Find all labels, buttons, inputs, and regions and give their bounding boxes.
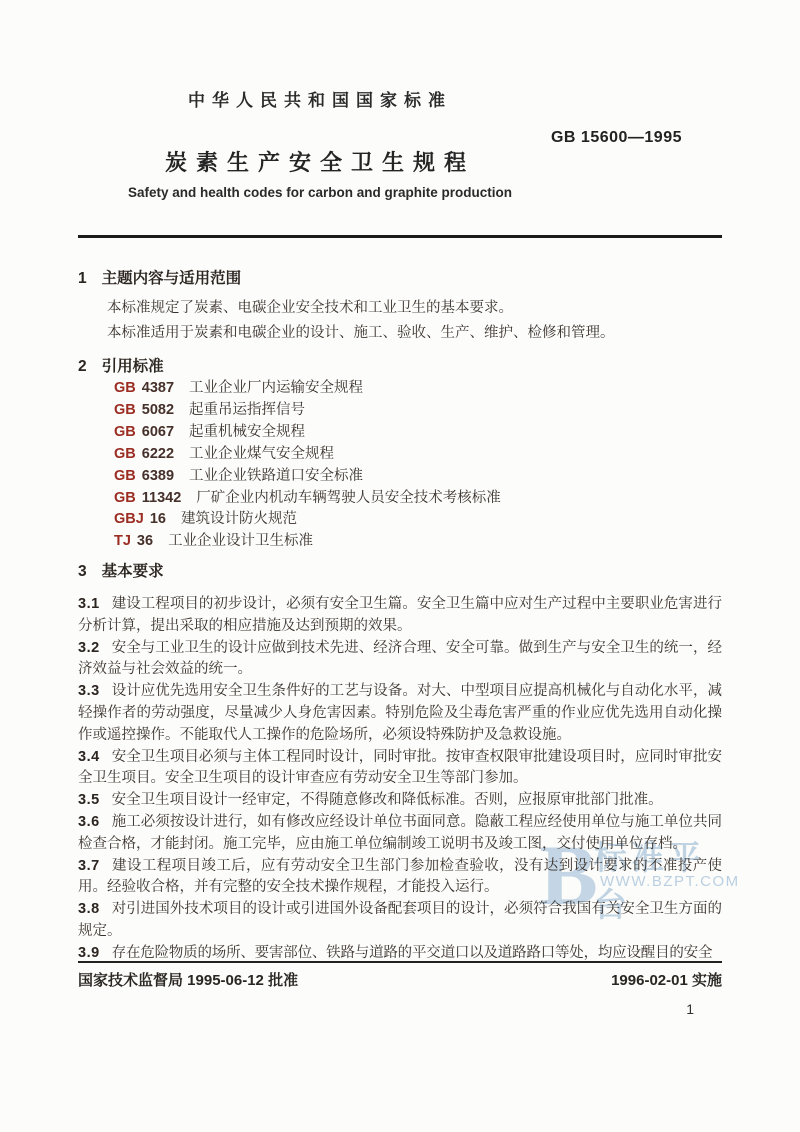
page-number: 1 [686,1001,694,1017]
section-2-title: 引用标准 [102,358,164,375]
clause-number: 3.9 [78,945,100,961]
reference-code: GBJ [114,511,144,527]
reference-row: GB6067起重机械安全规程 [114,422,501,444]
approval-statement: 国家技术监督局 1995-06-12 批准 [78,969,298,990]
reference-row: GB6389工业企业铁路道口安全标准 [114,466,501,488]
document-title-english: Safety and health codes for carbon and g… [78,185,562,200]
footer-rule [78,961,722,963]
reference-code: GB [114,424,136,440]
clause-text: 建设工程项目的初步设计，必须有安全卫生篇。安全卫生篇中应对生产过程中主要职业危害… [78,596,722,634]
clause: 3.3设计应优先选用安全卫生条件好的工艺与设备。对大、中型项目应提高机械化与自动… [78,681,722,746]
standard-type-label: 中华人民共和国国家标准 [78,86,562,111]
reference-title: 起重吊运指挥信号 [189,402,305,418]
clause-number: 3.3 [78,683,100,699]
section-3-number: 3 [78,563,87,581]
implementation-date: 1996-02-01 实施 [611,969,722,990]
clause-text: 施工必须按设计进行，如有修改应经设计单位书面同意。隐蔽工程应经使用单位与施工单位… [78,814,722,852]
section-1-heading: 1主题内容与适用范围 [78,266,241,288]
section-2-heading: 2引用标准 [78,354,164,376]
reference-row: GB11342厂矿企业内机动车辆驾驶人员安全技术考核标准 [114,488,501,510]
reference-row: TJ36工业企业设计卫生标准 [114,531,501,553]
reference-code: GB [114,446,136,462]
paragraph: 本标准适用于炭素和电碳企业的设计、施工、验收、生产、维护、检修和管理。 [78,321,722,346]
reference-row: GB5082起重吊运指挥信号 [114,400,501,422]
section-1-title: 主题内容与适用范围 [102,270,242,287]
reference-title: 工业企业煤气安全规程 [189,446,334,462]
clause-text: 安全卫生项目设计一经审定，不得随意修改和降低标准。否则，应报原审批部门批准。 [112,792,663,808]
reference-number: 36 [137,533,153,549]
clause-text: 安全与工业卫生的设计应做到技术先进、经济合理、安全可靠。做到生产与安全卫生的统一… [78,640,722,678]
standard-code: GB 15600—1995 [551,129,682,147]
clause-number: 3.1 [78,596,100,612]
section-3-heading: 3基本要求 [78,559,164,581]
section-1-body: 本标准规定了炭素、电碳企业安全技术和工业卫生的基本要求。 本标准适用于炭素和电碳… [78,296,722,345]
clause: 3.2安全与工业卫生的设计应做到技术先进、经济合理、安全可靠。做到生产与安全卫生… [78,638,722,682]
reference-title: 厂矿企业内机动车辆驾驶人员安全技术考核标准 [196,490,501,506]
header-rule [78,235,722,238]
clause-number: 3.6 [78,814,100,830]
paragraph: 本标准规定了炭素、电碳企业安全技术和工业卫生的基本要求。 [78,296,722,321]
reference-row: GBJ16建筑设计防火规范 [114,509,501,531]
reference-row: GB4387工业企业厂内运输安全规程 [114,378,501,400]
reference-title: 起重机械安全规程 [189,424,305,440]
section-2-number: 2 [78,358,87,376]
reference-code: GB [114,490,136,506]
clause: 3.1建设工程项目的初步设计，必须有安全卫生篇。安全卫生篇中应对生产过程中主要职… [78,594,722,638]
clause-number: 3.8 [78,901,100,917]
reference-number: 5082 [142,402,174,418]
reference-code: GB [114,468,136,484]
document-page: B 标准平台 WWW.BZPT.COM 中华人民共和国国家标准 GB 15600… [0,0,800,1132]
clause: 3.7建设工程项目竣工后，应有劳动安全卫生部门参加检查验收，没有达到设计要求的不… [78,856,722,900]
clause-number: 3.2 [78,640,100,656]
clause-text: 建设工程项目竣工后，应有劳动安全卫生部门参加检查验收，没有达到设计要求的不准投产… [78,858,722,896]
reference-number: 6222 [142,446,174,462]
reference-code: GB [114,402,136,418]
section-3-body: 3.1建设工程项目的初步设计，必须有安全卫生篇。安全卫生篇中应对生产过程中主要职… [78,594,722,965]
section-1-number: 1 [78,270,87,288]
clause: 3.4安全卫生项目必须与主体工程同时设计，同时审批。按审查权限审批建设项目时，应… [78,747,722,791]
reference-row: GB6222工业企业煤气安全规程 [114,444,501,466]
section-3-title: 基本要求 [102,563,164,580]
clause-text: 设计应优先选用安全卫生条件好的工艺与设备。对大、中型项目应提高机械化与自动化水平… [78,683,722,743]
clause-text: 安全卫生项目必须与主体工程同时设计，同时审批。按审查权限审批建设项目时，应同时审… [78,749,722,787]
reference-number: 16 [150,511,166,527]
reference-title: 建筑设计防火规范 [181,511,297,527]
clause-number: 3.7 [78,858,100,874]
reference-number: 4387 [142,380,174,396]
reference-code: TJ [114,533,131,549]
clause: 3.5安全卫生项目设计一经审定，不得随意修改和降低标准。否则，应报原审批部门批准… [78,790,722,812]
clause-text: 对引进国外技术项目的设计或引进国外设备配套项目的设计，必须符合我国有关安全卫生方… [78,901,722,939]
clause: 3.6施工必须按设计进行，如有修改应经设计单位书面同意。隐蔽工程应经使用单位与施… [78,812,722,856]
reference-number: 11342 [142,490,182,506]
clause-text: 存在危险物质的场所、要害部位、铁路与道路的平交道口以及道路路口等处，均应设醒目的… [112,945,713,961]
reference-title: 工业企业厂内运输安全规程 [189,380,363,396]
clause-number: 3.5 [78,792,100,808]
reference-title: 工业企业设计卫生标准 [168,533,313,549]
reference-number: 6389 [142,468,174,484]
reference-list: GB4387工业企业厂内运输安全规程 GB5082起重吊运指挥信号 GB6067… [114,378,501,553]
clause-number: 3.4 [78,749,100,765]
document-title: 炭素生产安全卫生规程 [78,146,562,177]
reference-code: GB [114,380,136,396]
reference-title: 工业企业铁路道口安全标准 [189,468,363,484]
clause: 3.8对引进国外技术项目的设计或引进国外设备配套项目的设计，必须符合我国有关安全… [78,899,722,943]
reference-number: 6067 [142,424,174,440]
